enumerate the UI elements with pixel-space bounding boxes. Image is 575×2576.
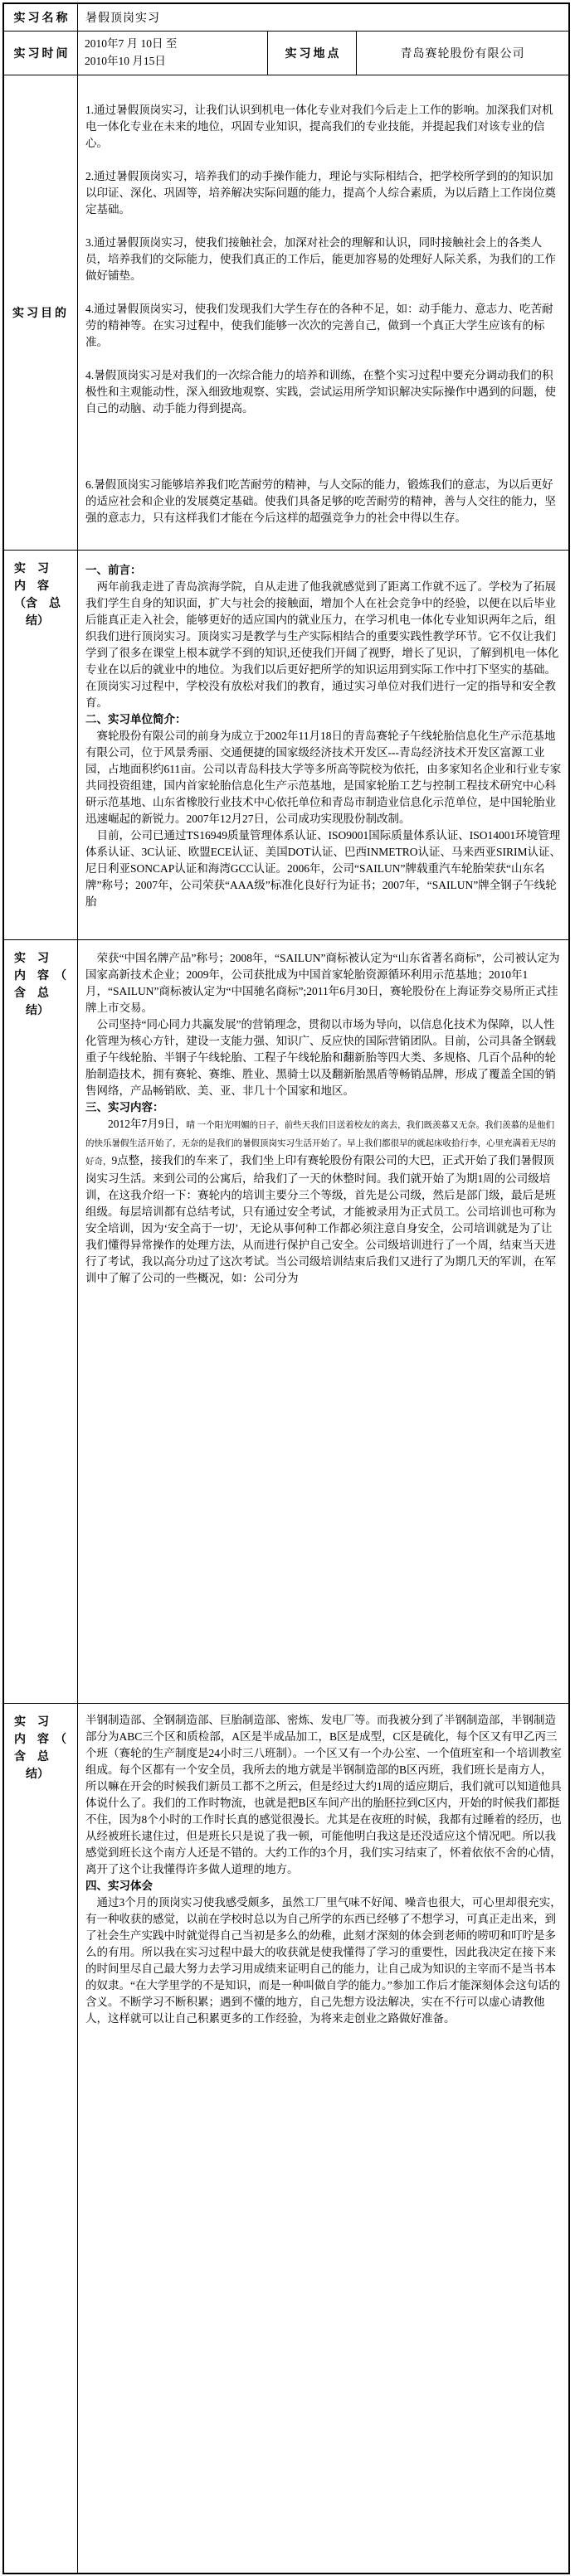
content-label-line: 内 容 （ [14, 968, 77, 985]
purpose-item: 1.通过暑假顶岗实习，让我们认识到机电一体化专业对我们今后走上工作的影响。加深我… [85, 102, 562, 152]
internship-time-value: 2010年7 月 10日 至 2010年10 月15日 [77, 32, 267, 75]
internship-report-table: 实习名称 暑假顶岗实习 实习时间 2010年7 月 10日 至 2010年10 … [2, 2, 570, 2574]
paragraph: 目前，公司已通过TS16949质量管理体系认证、ISO9001国际质量体系认证、… [85, 827, 562, 910]
internship-name-label-cell: 实习名称 [4, 4, 77, 31]
section-heading: 一、前言： [85, 562, 562, 579]
internship-time-label-cell: 实习时间 [4, 32, 77, 75]
time-line-1: 2010年7 月 10日 至 [85, 35, 267, 52]
content-label-1: 实 习内 容（含 总 结） [4, 551, 77, 939]
purpose-label-cell: 实习目的 [4, 75, 77, 550]
content-label-line: 实 习 [14, 560, 77, 578]
content-label-line: 含 总 [14, 1749, 77, 1766]
section-heading: 三、实习内容： [85, 1099, 562, 1116]
purpose-content: 1.通过暑假顶岗实习，让我们认识到机电一体化专业对我们今后走上工作的影响。加深我… [77, 75, 568, 550]
content-label-line: 实 习 [14, 1714, 77, 1731]
content-label-line: （含 总 [14, 595, 77, 613]
text-segment: 两年前我走进了青岛滨海学院，自从走进了他我就感觉到了距离工作就不远了。学校为了拓… [85, 580, 558, 709]
row-internship-name: 实习名称 暑假顶岗实习 [4, 4, 568, 31]
internship-place-label-cell: 实习地点 [267, 32, 356, 75]
content-label-line: 实 习 [14, 950, 77, 968]
purpose-label: 实习目的 [12, 304, 69, 321]
text-segment: 四、实习体会 [85, 1880, 153, 1892]
paragraph: 荣获“中国名牌产品”称号；2008年，“SAILUN”商标被认定为“山东省著名商… [85, 950, 562, 1016]
content-label-line: 含 总 [14, 985, 77, 1002]
paragraph: 通过3个月的顶岗实习使我感受颇多，虽然工厂里气味不好闻、噪音也很大，可心里却很充… [85, 1894, 562, 2027]
content-label-3: 实 习内 容 （含 总 结） [4, 1704, 77, 2573]
text-segment: 公司坚持“同心同力共赢发展”的营销理念，贯彻以市场为导向，以信息化技术为保障，以… [85, 1018, 556, 1097]
row-purpose: 实习目的 1.通过暑假顶岗实习，让我们认识到机电一体化专业对我们今后走上工作的影… [4, 75, 568, 550]
text-segment: 荣获“中国名牌产品”称号；2008年，“SAILUN”商标被认定为“山东省著名商… [85, 952, 559, 1014]
content-label-line: 结） [14, 1766, 77, 1783]
content-label-line: 内 容 [14, 578, 77, 595]
paragraph: 公司坚持“同心同力共赢发展”的营销理念，贯彻以市场为导向，以信息化技术为保障，以… [85, 1016, 562, 1099]
text-segment: 目前，公司已通过TS16949质量管理体系认证、ISO9001国际质量体系认证、… [85, 829, 561, 908]
paragraph: 赛轮股份有限公司的前身为成立于2002年11月18日的青岛赛轮子午线轮胎信息化生… [85, 728, 562, 827]
internship-report-page: 实习名称 暑假顶岗实习 实习时间 2010年7 月 10日 至 2010年10 … [0, 0, 575, 2576]
row-content-2: 实 习内 容 （含 总 结） 荣获“中国名牌产品”称号；2008年，“SAILU… [4, 939, 568, 1703]
purpose-item: 4.暑假顶岗实习是对我们的一次综合能力的培养和训练，在整个实习过程中要充分调动我… [85, 367, 562, 417]
text-segment: 9点整，接我们的车来了，我们坐上印有赛轮股份有限公司的大巴，正式开始了我们暑假顶… [85, 1154, 556, 1284]
content-label-line: 内 容 （ [14, 1731, 77, 1749]
text-segment: 三、实习内容： [85, 1101, 164, 1113]
row-content-3: 实 习内 容 （含 总 结） 半钢制造部、全钢制造部、巨胎制造部、密炼、发电厂等… [4, 1703, 568, 2573]
paragraph: 两年前我走进了青岛滨海学院，自从走进了他我就感觉到了距离工作就不远了。学校为了拓… [85, 579, 562, 711]
content-body-1: 一、前言：两年前我走进了青岛滨海学院，自从走进了他我就感觉到了距离工作就不远了。… [77, 551, 568, 939]
content-label-line: 结） [14, 613, 77, 630]
paragraph: 2012年7月9日，晴 一个阳光明媚的日子，前些天我们目送着校友的离去，我们既羡… [85, 1116, 562, 1287]
content-body-3: 半钢制造部、全钢制造部、巨胎制造部、密炼、发电厂等。而我被分到了半钢制造部，半钢… [77, 1704, 568, 2573]
row-time-place: 实习时间 2010年7 月 10日 至 2010年10 月15日 实习地点 青岛… [4, 31, 568, 75]
internship-time-label: 实习时间 [14, 45, 71, 61]
purpose-item: 4.通过暑假顶岗实习，使我们发现我们大学生存在的各种不足，如：动手能力、意志力、… [85, 301, 562, 351]
internship-place-value: 青岛赛轮股份有限公司 [356, 32, 568, 75]
text-segment: 一、前言： [85, 564, 142, 576]
row-content-1: 实 习内 容（含 总 结） 一、前言：两年前我走进了青岛滨海学院，自从走进了他我… [4, 550, 568, 939]
content-body-2: 荣获“中国名牌产品”称号；2008年，“SAILUN”商标被认定为“山东省著名商… [77, 940, 568, 1703]
text-segment: 通过3个月的顶岗实习使我感受颇多，虽然工厂里气味不好闻、噪音也很大，可心里却很充… [85, 1896, 562, 2025]
paragraph: 半钢制造部、全钢制造部、巨胎制造部、密炼、发电厂等。而我被分到了半钢制造部，半钢… [85, 1712, 562, 1878]
text-segment: 赛轮股份有限公司的前身为成立于2002年11月18日的青岛赛轮子午线轮胎信息化生… [85, 730, 561, 825]
text-segment: 半钢制造部、全钢制造部、巨胎制造部、密炼、发电厂等。而我被分到了半钢制造部，半钢… [85, 1714, 562, 1875]
internship-name-label: 实习名称 [14, 9, 71, 26]
content-label-2: 实 习内 容 （含 总 结） [4, 940, 77, 1703]
text-segment: 二、实习单位简介： [85, 713, 187, 725]
section-heading: 二、实习单位简介： [85, 711, 562, 728]
purpose-item: 3.通过暑假顶岗实习，使我们接触社会，加深对社会的理解和认识，同时接触社会上的各… [85, 235, 562, 284]
internship-place-label: 实习地点 [285, 45, 342, 61]
section-heading: 四、实习体会 [85, 1878, 562, 1894]
internship-name-value: 暑假顶岗实习 [77, 4, 568, 31]
purpose-item: 6.暑假顶岗实习能够培养我们吃苦耐劳的精神，与人交际的能力，锻炼我们的意志，为以… [85, 477, 562, 526]
text-segment: 2012年7月9日， [108, 1118, 187, 1130]
time-line-2: 2010年10 月15日 [85, 52, 267, 70]
purpose-item: 2.通过暑假顶岗实习，培养我们的动手操作能力，理论与实际相结合，把学校所学到的的… [85, 168, 562, 218]
content-label-line: 结） [14, 1002, 77, 1020]
